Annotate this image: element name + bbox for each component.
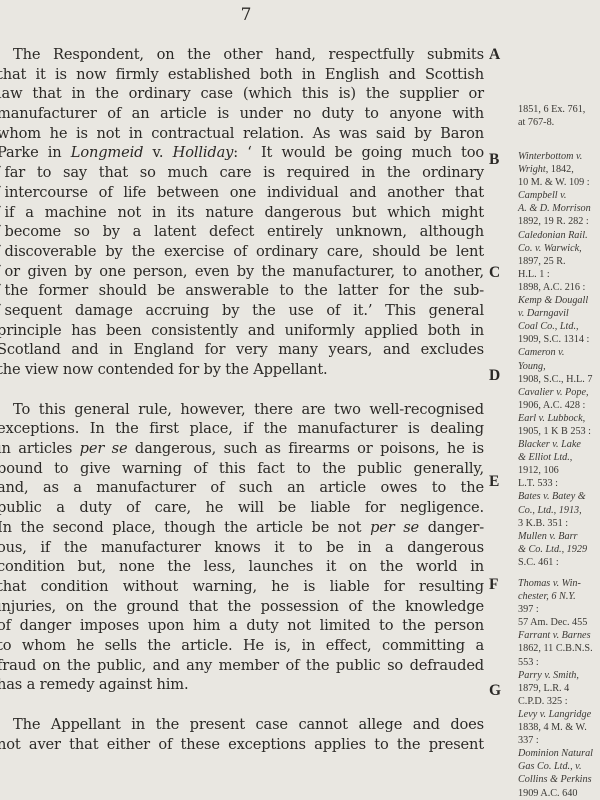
text-line: to whom he sells the article. He is, in … <box>0 636 484 656</box>
text-line: injuries, on the ground that the possess… <box>0 597 484 617</box>
side-note-block: 1851, 6 Ex. 761,at 767-8. <box>518 103 600 129</box>
page-number: 7 <box>239 5 253 25</box>
text-segment: danger- <box>419 519 484 536</box>
citation-line: 10 M. & W. 109 : <box>518 176 600 189</box>
text-segment: exceptions. In the first place, if the m… <box>0 420 484 437</box>
side-note-block: Thomas v. Win-chester, 6 N.Y.397 :57 Am.… <box>518 577 600 800</box>
text-line: ‘sequent damage accruing by the use of i… <box>0 301 484 321</box>
text-segment: The Respondent, on the other hand, respe… <box>13 46 484 63</box>
text-segment: injuries, on the ground that the possess… <box>0 598 484 615</box>
text-segment: fraud on the public, and any member of t… <box>0 657 484 674</box>
text-segment: v. <box>143 144 172 161</box>
citation-line: 1892, 19 R. 282 : <box>518 215 600 228</box>
italic-text: Holliday <box>173 144 234 161</box>
citation-line: 1908, S.C., H.L. 7 <box>518 373 600 386</box>
citation-line: Winterbottom v. <box>518 150 600 163</box>
text-line: public a duty of care, he will be liable… <box>0 498 484 518</box>
quote-mark: ‘ <box>0 302 2 319</box>
text-line: manufacturer of an article is under no d… <box>0 104 484 124</box>
citation-line: Caledonian Rail. <box>518 229 600 242</box>
text-segment: and, as a manufacturer of such an articl… <box>0 479 484 496</box>
text-line: ‘discoverable by the exercise of ordinar… <box>0 242 484 262</box>
text-segment: of danger imposes upon him a duty not li… <box>0 617 484 634</box>
citation-line: 1851, 6 Ex. 761, <box>518 103 600 116</box>
text-line: ‘or given by one person, even by the man… <box>0 262 484 282</box>
citation-line: A. & D. Morrison <box>518 202 600 215</box>
citation-line: Dominion Natural <box>518 747 600 760</box>
citation-line: 1909 A.C. 640 <box>518 787 600 800</box>
citation-line: Collins & Perkins <box>518 773 600 786</box>
citation-line: 1905, 1 K B 253 : <box>518 425 600 438</box>
text-line: ‘the former should be answerable to the … <box>0 281 484 301</box>
text-segment: In the second place, though the article … <box>0 519 370 536</box>
citation-line: C.P.D. 325 : <box>518 695 600 708</box>
text-line: ‘become so by a latent defect entirely u… <box>0 222 484 242</box>
margin-letter-e: E <box>489 473 499 491</box>
text-segment: in articles <box>0 440 80 457</box>
quote-mark: ‘ <box>0 164 2 181</box>
citation-line: 1879, L.R. 4 <box>518 682 600 695</box>
text-segment: bound to give warning of this fact to th… <box>0 460 484 477</box>
text-line: ‘intercourse of life between one individ… <box>0 183 484 203</box>
text-segment: To this general rule, however, there are… <box>13 401 484 418</box>
citation-line: Thomas v. Win- <box>518 577 600 590</box>
citation-line: 397 : <box>518 603 600 616</box>
text-line: ‘far to say that so much care is require… <box>0 163 484 183</box>
citation-line: 1906, A.C. 428 : <box>518 399 600 412</box>
citation-line: 1838, 4 M. & W. <box>518 721 600 734</box>
text-line: law that in the ordinary case (which thi… <box>0 84 484 104</box>
quote-mark: ‘ <box>0 204 2 221</box>
text-segment: The Appellant in the present case cannot… <box>13 716 484 733</box>
text-segment: whom he is not in contractual relation. … <box>0 125 484 142</box>
citation-line: 1862, 11 C.B.N.S. <box>518 642 600 655</box>
citation-line: 553 : <box>518 656 600 669</box>
citation-line: Wright, 1842, <box>518 163 600 176</box>
text-line: principle has been consistently and unif… <box>0 321 484 341</box>
body-text: The Respondent, on the other hand, respe… <box>0 45 484 754</box>
citation-line: at 767-8. <box>518 116 600 129</box>
text-line: condition but, none the less, launches i… <box>0 557 484 577</box>
citation-line: 1912, 106 <box>518 464 600 477</box>
text-line: The Respondent, on the other hand, respe… <box>0 45 484 65</box>
text-segment: sequent damage accruing by the use of it… <box>5 302 485 319</box>
citation-line: chester, 6 N.Y. <box>518 590 600 603</box>
citation-line: Coal Co., Ltd., <box>518 320 600 333</box>
citation-line: 1909, S.C. 1314 : <box>518 333 600 346</box>
text-line: of danger imposes upon him a duty not li… <box>0 616 484 636</box>
italic-text: Longmeid <box>71 144 144 161</box>
citation-line: 1898, A.C. 216 : <box>518 281 600 294</box>
text-segment: the former should be answerable to the l… <box>5 282 485 299</box>
text-line: exceptions. In the first place, if the m… <box>0 419 484 439</box>
citation-line: Cavalier v. Pope, <box>518 386 600 399</box>
text-line: fraud on the public, and any member of t… <box>0 656 484 676</box>
text-line: the view now contended for by the Appell… <box>0 360 484 380</box>
text-segment: far to say that so much care is required… <box>5 164 485 181</box>
margin-letter-b: B <box>489 151 499 169</box>
margin-letter-f: F <box>489 576 498 594</box>
text-segment: dangerous, such as firearms or poisons, … <box>127 440 484 457</box>
text-line: Scotland and in England for very many ye… <box>0 340 484 360</box>
text-line: To this general rule, however, there are… <box>0 400 484 420</box>
quote-mark: ‘ <box>0 263 2 280</box>
citation-line: Farrant v. Barnes <box>518 629 600 642</box>
citation-line: & Co. Ltd., 1929 <box>518 543 600 556</box>
paragraph: The Respondent, on the other hand, respe… <box>0 45 484 380</box>
margin-letter-d: D <box>489 367 500 385</box>
text-segment: : ‘ It would be going much too <box>233 144 484 161</box>
citation-line: 3 K.B. 351 : <box>518 517 600 530</box>
citation-line: Earl v. Lubbock, <box>518 412 600 425</box>
paragraph: The Appellant in the present case cannot… <box>0 715 484 754</box>
text-line: Parke in Longmeid v. Holliday: ‘ It woul… <box>0 143 484 163</box>
citation-line: Parry v. Smith, <box>518 669 600 682</box>
text-line: that it is now firmly established both i… <box>0 65 484 85</box>
text-segment: that it is now firmly established both i… <box>0 66 484 83</box>
text-line: whom he is not in contractual relation. … <box>0 124 484 144</box>
text-segment: manufacturer of an article is under no d… <box>0 105 484 122</box>
citation-line: Co., Ltd., 1913, <box>518 504 600 517</box>
text-segment: condition but, none the less, launches i… <box>0 558 484 575</box>
text-segment: that condition without warning, he is li… <box>0 578 484 595</box>
text-line: has a remedy against him. <box>0 675 484 695</box>
citation-line: Young, <box>518 360 600 373</box>
text-segment: law that in the ordinary case (which thi… <box>0 85 484 102</box>
text-segment: public a duty of care, he will be liable… <box>0 499 484 516</box>
margin-letter-a: A <box>489 46 500 64</box>
text-segment: discoverable by the exercise of ordinary… <box>5 243 485 260</box>
text-segment: Parke in <box>0 144 71 161</box>
citation-line: Bates v. Batey & <box>518 490 600 503</box>
citation-line: 1897, 25 R. <box>518 255 600 268</box>
citation-line: Blacker v. Lake <box>518 438 600 451</box>
citation-line: Co. v. Warwick, <box>518 242 600 255</box>
citation-line: 337 : <box>518 734 600 747</box>
text-line: that condition without warning, he is li… <box>0 577 484 597</box>
italic-text: per se <box>80 440 128 457</box>
text-line: in articles per se dangerous, such as fi… <box>0 439 484 459</box>
citation-line: Gas Co. Ltd., v. <box>518 760 600 773</box>
side-note-block: Winterbottom v.Wright, 1842,10 M. & W. 1… <box>518 150 600 569</box>
paragraph-gap <box>0 380 484 400</box>
citation-line: H.L. 1 : <box>518 268 600 281</box>
margin-letter-g: G <box>489 682 501 700</box>
text-line: and, as a manufacturer of such an articl… <box>0 478 484 498</box>
text-segment: Scotland and in England for very many ye… <box>0 341 484 358</box>
quote-mark: ‘ <box>0 243 2 260</box>
citation-line: Kemp & Dougall <box>518 294 600 307</box>
citation-line: & Elliot Ltd., <box>518 451 600 464</box>
text-line: ‘if a machine not in its nature dangerou… <box>0 203 484 223</box>
text-segment: intercourse of life between one individu… <box>5 184 485 201</box>
citation-line: v. Darngavil <box>518 307 600 320</box>
quote-mark: ‘ <box>0 184 2 201</box>
text-segment: has a remedy against him. <box>0 676 188 693</box>
text-segment: to whom he sells the article. He is, in … <box>0 637 484 654</box>
text-segment: become so by a latent defect entirely un… <box>5 223 485 240</box>
quote-mark: ‘ <box>0 223 2 240</box>
text-line: ous, if the manufacturer knows it to be … <box>0 538 484 558</box>
citation-line: Cameron v. <box>518 346 600 359</box>
citation-line: L.T. 533 : <box>518 477 600 490</box>
text-line: The Appellant in the present case cannot… <box>0 715 484 735</box>
margin-letter-c: C <box>489 264 500 282</box>
text-segment: not aver that either of these exceptions… <box>0 736 484 753</box>
citation-line: 57 Am. Dec. 455 <box>518 616 600 629</box>
quote-mark: ‘ <box>0 282 2 299</box>
paragraph: To this general rule, however, there are… <box>0 400 484 695</box>
text-segment: ous, if the manufacturer knows it to be … <box>0 539 484 556</box>
citation-line: Levy v. Langridge <box>518 708 600 721</box>
text-line: In the second place, though the article … <box>0 518 484 538</box>
citation-line: Mullen v. Barr <box>518 530 600 543</box>
text-line: not aver that either of these exceptions… <box>0 735 484 755</box>
text-segment: or given by one person, even by the manu… <box>5 263 485 280</box>
text-segment: the view now contended for by the Appell… <box>0 361 328 378</box>
italic-text: per se <box>370 519 419 536</box>
text-line: bound to give warning of this fact to th… <box>0 459 484 479</box>
text-segment: principle has been consistently and unif… <box>0 322 484 339</box>
citation-line: Campbell v. <box>518 189 600 202</box>
text-segment: if a machine not in its nature dangerous… <box>5 204 485 221</box>
paragraph-gap <box>0 695 484 715</box>
citation-line: S.C. 461 : <box>518 556 600 569</box>
